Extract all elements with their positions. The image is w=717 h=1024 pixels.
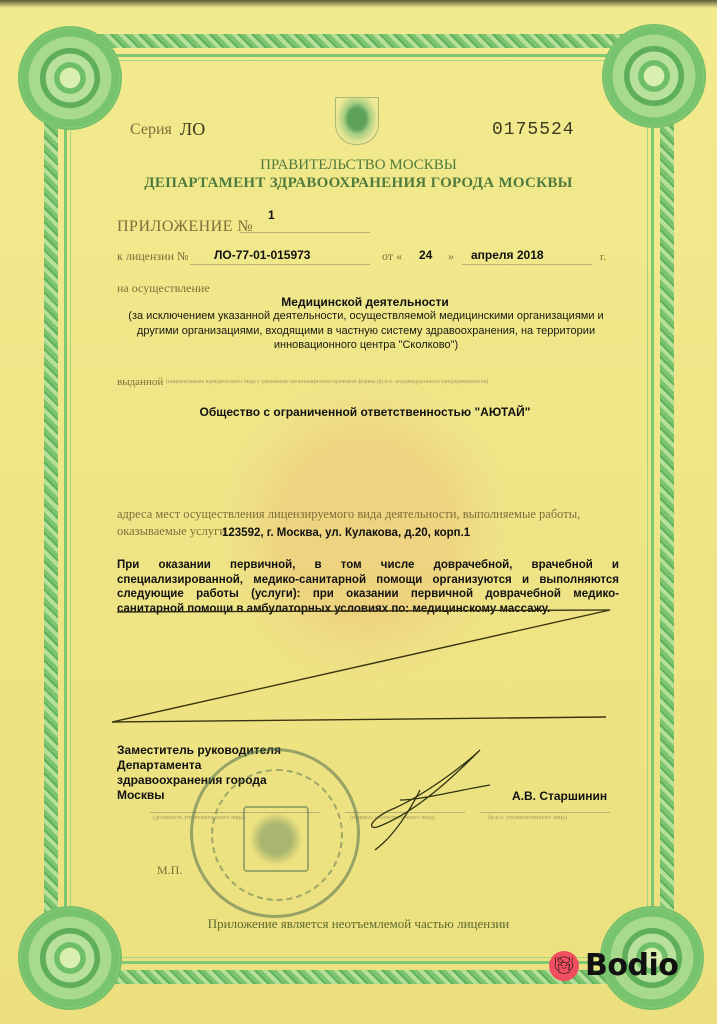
handwritten-signature-icon [0, 0, 717, 1024]
stamp-place-label: М.П. [157, 863, 182, 878]
footer-note: Приложение является неотъемлемой частью … [0, 916, 717, 932]
massage-person-icon: 💆︎ [549, 951, 579, 981]
bodio-logo: 💆︎ Bodio [549, 948, 678, 983]
brand-name: Bodio [585, 948, 678, 983]
